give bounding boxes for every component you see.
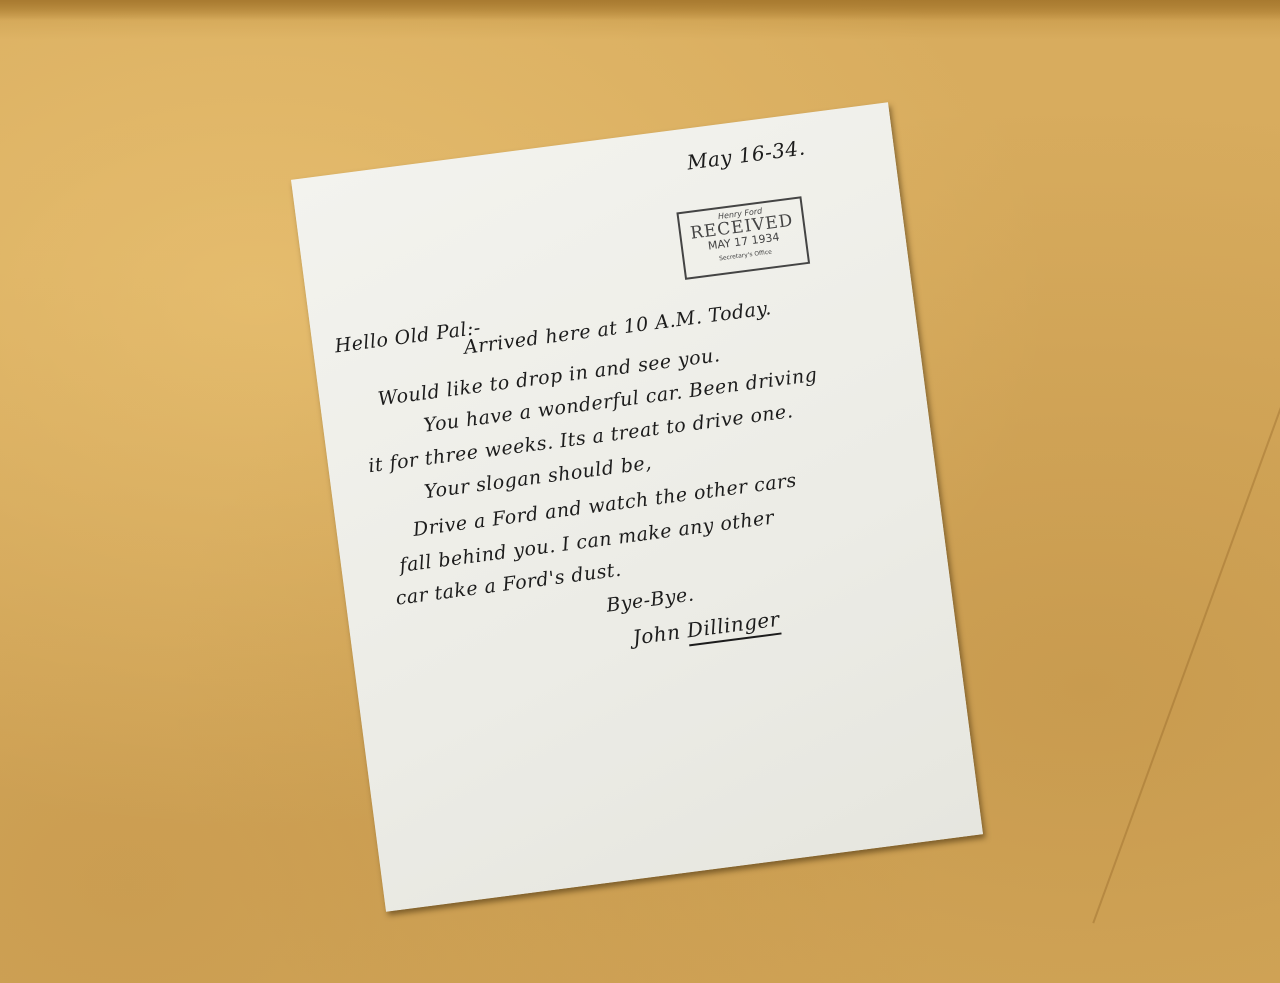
signature-last-name: Dillinger: [685, 607, 781, 647]
letter-date: May 16-34.: [686, 135, 807, 174]
background-top-band: [0, 0, 1280, 20]
letter-paper: May 16-34. Henry Ford RECEIVED MAY 17 19…: [291, 102, 983, 911]
signature-first-name: John: [631, 620, 682, 650]
letter-line: Arrived here at 10 A.M. Today.: [463, 297, 773, 359]
letter-closing: Bye-Bye.: [605, 583, 695, 616]
letter-signature: John Dillinger: [631, 607, 781, 650]
received-stamp: Henry Ford RECEIVED MAY 17 1934 Secretar…: [676, 196, 810, 280]
letter-greeting: Hello Old Pal:-: [333, 317, 482, 358]
background-fold-line: [1092, 397, 1280, 924]
